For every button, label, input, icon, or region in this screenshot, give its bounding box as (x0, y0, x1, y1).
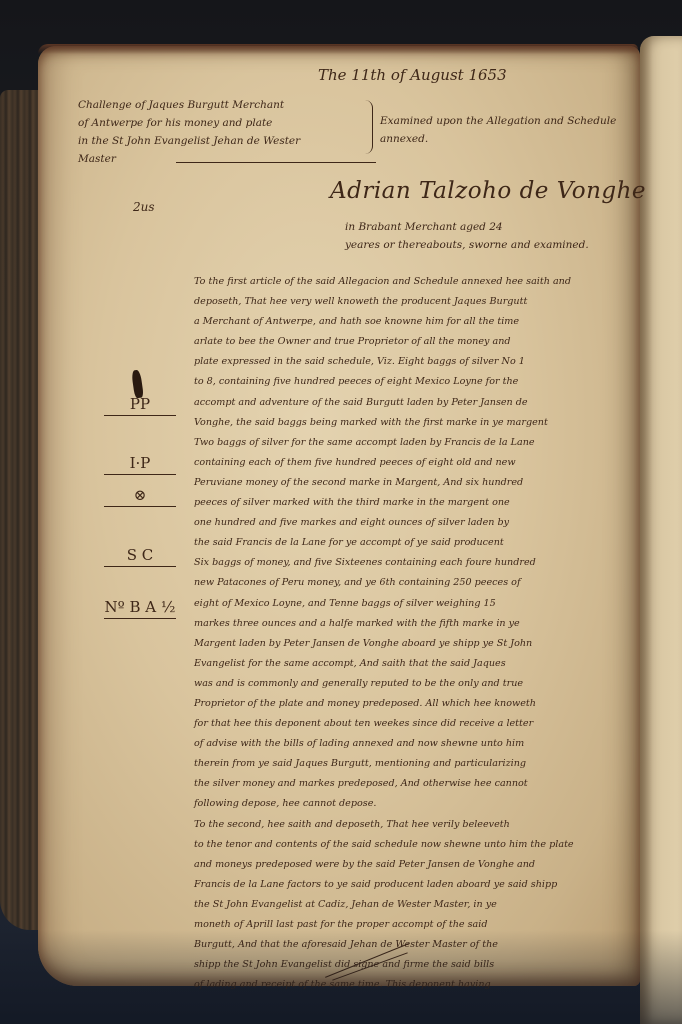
deposition-line: the said Francis de la Lane for ye accom… (194, 533, 574, 553)
margin-mark-label: S C (104, 546, 176, 564)
deposition-line: new Patacones of Peru money, and ye 6th … (194, 573, 574, 593)
witness-name: Adrian Talzoho de Vonghe (330, 178, 646, 204)
margin-mark-rule (104, 506, 176, 507)
deposition-line: peeces of silver marked with the third m… (194, 493, 574, 513)
witness-description: in Brabant Merchant aged 24 yeares or th… (345, 218, 589, 254)
deposition-body: To the first article of the said Allegac… (194, 272, 574, 995)
margin-mark-label: PP (104, 395, 176, 413)
deposition-line: moneth of Aprill last past for the prope… (194, 915, 574, 935)
deposition-line: Vonghe, the said baggs being marked with… (194, 413, 574, 433)
deposition-line: Peruviane money of the second marke in M… (194, 473, 574, 493)
examined-line: annexed. (380, 130, 616, 148)
deposition-line: a Merchant of Antwerpe, and hath soe kno… (194, 312, 574, 332)
margin-mark-rule (104, 474, 176, 475)
margin-mark: PP (104, 395, 176, 416)
deposition-line: deposeth, That hee very well knoweth the… (194, 292, 574, 312)
deposition-line: for that hee this deponent about ten wee… (194, 714, 574, 734)
deposition-line: and moneys predeposed were by the said P… (194, 855, 574, 875)
deposition-line: containing each of them five hundred pee… (194, 453, 574, 473)
caption-line: Master (78, 150, 300, 168)
deposition-line: of lading and receipt of the same time. … (194, 975, 574, 995)
deposition-line: the St John Evangelist at Cadiz, Jehan d… (194, 895, 574, 915)
deposition-line: was and is commonly and generally repute… (194, 674, 574, 694)
circle-cross-mark-icon: ⊗ (104, 486, 176, 504)
witness-description-line: yeares or thereabouts, sworne and examin… (345, 236, 589, 254)
caption-brace (364, 100, 373, 154)
deposition-line: Proprietor of the plate and money predep… (194, 694, 574, 714)
deposition-line: the silver money and markes predeposed, … (194, 774, 574, 794)
margin-mark: Nº B A ½ (104, 598, 176, 619)
facing-page-edge (640, 36, 682, 1024)
caption-underline (176, 162, 376, 163)
folio-number: 2us (133, 200, 155, 214)
margin-mark: ⊗ (104, 486, 176, 507)
deposition-line: to the tenor and contents of the said sc… (194, 835, 574, 855)
examined-note: Examined upon the Allegation and Schedul… (380, 112, 616, 148)
deposition-line: one hundred and five markes and eight ou… (194, 513, 574, 533)
caption-line: Challenge of Jaques Burgutt Merchant (78, 96, 300, 114)
margin-mark-label: I·P (104, 454, 176, 472)
deposition-line: Six baggs of money, and five Sixteenes c… (194, 553, 574, 573)
examined-line: Examined upon the Allegation and Schedul… (380, 112, 616, 130)
deposition-line: Francis de la Lane factors to ye said pr… (194, 875, 574, 895)
margin-mark: S C (104, 546, 176, 567)
caption-line: in the St John Evangelist Jehan de Weste… (78, 132, 300, 150)
caption-line: of Antwerpe for his money and plate (78, 114, 300, 132)
deposition-line: arlate to bee the Owner and true Proprie… (194, 332, 574, 352)
deposition-line: markes three ounces and a halfe marked w… (194, 614, 574, 634)
deposition-line: To the first article of the said Allegac… (194, 272, 574, 292)
date-heading: The 11th of August 1653 (318, 66, 507, 84)
deposition-line: To the second, hee saith and deposeth, T… (194, 815, 574, 835)
margin-mark-rule (104, 415, 176, 416)
deposition-line: Margent laden by Peter Jansen de Vonghe … (194, 634, 574, 654)
deposition-line: of advise with the bills of lading annex… (194, 734, 574, 754)
margin-mark-label: Nº B A ½ (104, 598, 176, 616)
page-burned-top-edge (38, 44, 638, 54)
deposition-line: accompt and adventure of the said Burgut… (194, 393, 574, 413)
deposition-line: plate expressed in the said schedule, Vi… (194, 352, 574, 372)
deposition-line: eight of Mexico Loyne, and Tenne baggs o… (194, 594, 574, 614)
margin-mark-rule (104, 618, 176, 619)
witness-description-line: in Brabant Merchant aged 24 (345, 218, 589, 236)
deposition-line: shipp the St John Evangelist did signe a… (194, 955, 574, 975)
deposition-line: Two baggs of silver for the same accompt… (194, 433, 574, 453)
margin-mark: I·P (104, 454, 176, 475)
deposition-line: following depose, hee cannot depose. (194, 794, 574, 814)
deposition-line: to 8, containing five hundred peeces of … (194, 372, 574, 392)
case-caption: Challenge of Jaques Burgutt Merchant of … (78, 96, 300, 168)
deposition-line: therein from ye said Jaques Burgutt, men… (194, 754, 574, 774)
deposition-line: Evangelist for the same accompt, And sai… (194, 654, 574, 674)
margin-mark-rule (104, 566, 176, 567)
